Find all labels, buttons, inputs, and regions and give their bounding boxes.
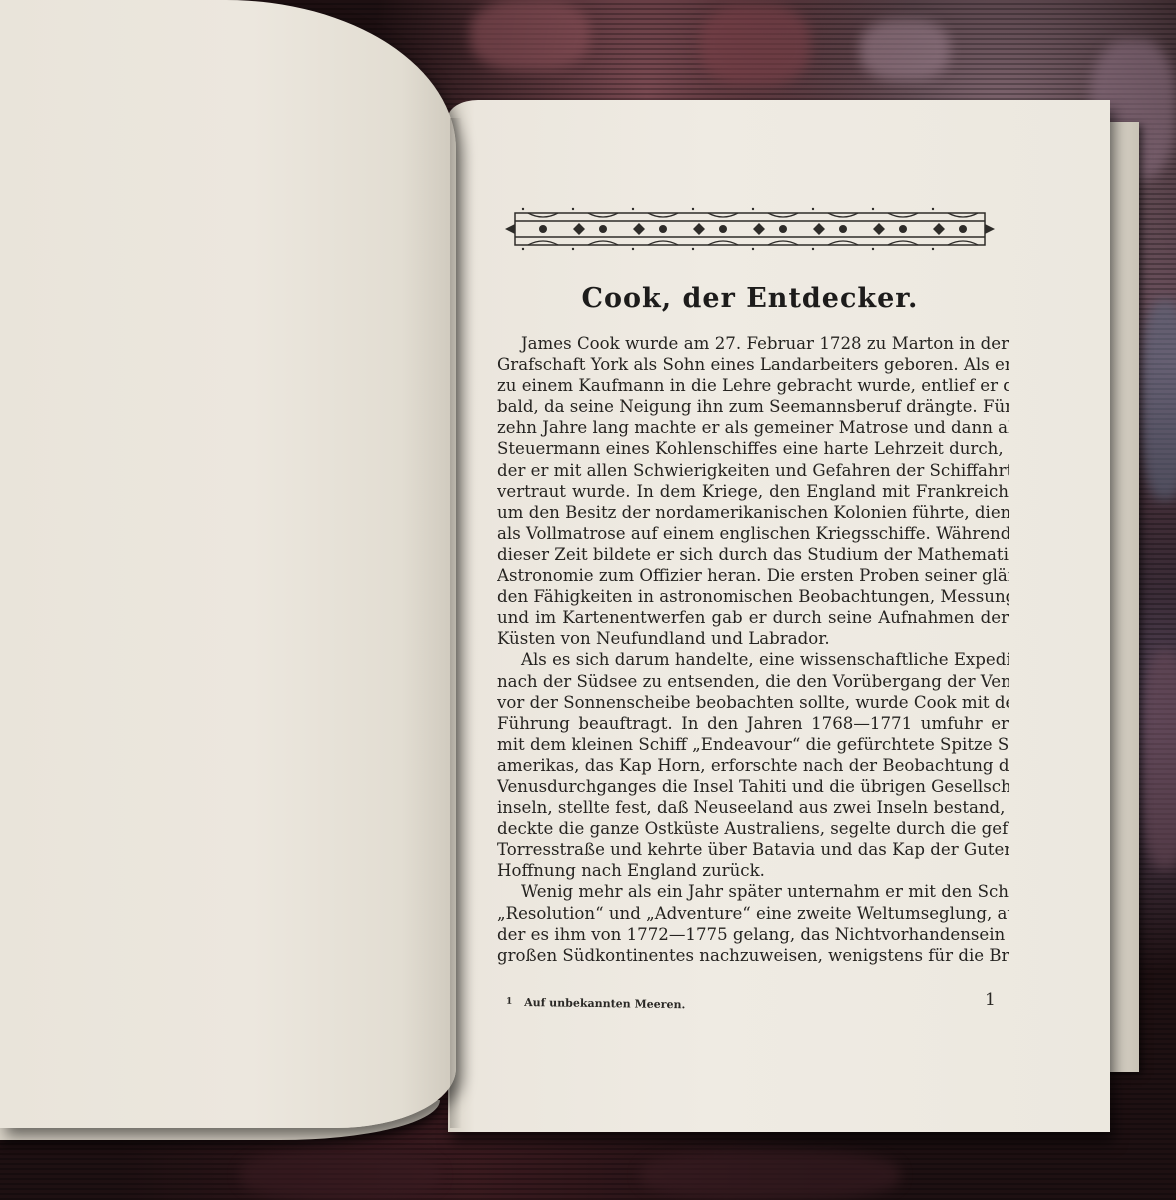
text-line: „Resolution“ und „Adventure“ eine zweite… (497, 903, 1009, 924)
rug-pattern (1140, 300, 1176, 500)
text-line: deckte die ganze Ostküste Australiens, s… (497, 818, 1009, 839)
text-line: der es ihm von 1772—1775 gelang, das Nic… (497, 924, 1009, 945)
text-line: Hoffnung nach England zurück. (497, 860, 1009, 881)
text-line: Astronomie zum Offizier heran. Die erste… (497, 565, 1009, 586)
rug-pattern (470, 0, 590, 70)
rug-pattern (640, 1150, 900, 1200)
left-page (0, 0, 456, 1128)
text-line: Torresstraße und kehrte über Batavia und… (497, 839, 1009, 860)
text-line: amerikas, das Kap Horn, erforschte nach … (497, 755, 1009, 776)
text-line: als Vollmatrose auf einem englischen Kri… (497, 523, 1009, 544)
text-line: James Cook wurde am 27. Februar 1728 zu … (497, 333, 1009, 354)
text-line: den Fähigkeiten in astronomischen Beobac… (497, 586, 1009, 607)
rug-pattern (1140, 650, 1176, 870)
text-line: vor der Sonnenscheibe beobachten sollte,… (497, 692, 1009, 713)
text-line: Venusdurchganges die Insel Tahiti und di… (497, 776, 1009, 797)
text-line: Wenig mehr als ein Jahr später unternahm… (497, 881, 1009, 902)
signature-number: 1 (506, 997, 512, 1007)
signature-text: Auf unbekannten Meeren. (524, 996, 685, 1011)
rug-pattern (860, 20, 950, 80)
book-gutter (450, 118, 462, 1128)
text-line: um den Besitz der nordamerikanischen Kol… (497, 502, 1009, 523)
text-line: bald, da seine Neigung ihn zum Seemannsb… (497, 396, 1009, 417)
signature-mark: 1 Auf unbekannten Meeren. (506, 996, 686, 1012)
text-line: mit dem kleinen Schiff „Endeavour“ die g… (497, 734, 1009, 755)
text-line: zu einem Kaufmann in die Lehre gebracht … (497, 375, 1009, 396)
text-line: Grafschaft York als Sohn eines Landarbei… (497, 354, 1009, 375)
page-number: 1 (985, 990, 996, 1010)
decorative-border-icon (503, 206, 997, 252)
text-line: vertraut wurde. In dem Kriege, den Engla… (497, 481, 1009, 502)
text-line: dieser Zeit bildete er sich durch das St… (497, 544, 1009, 565)
text-line: Führung beauftragt. In den Jahren 1768—1… (497, 713, 1009, 734)
text-line: inseln, stellte fest, daß Neuseeland aus… (497, 797, 1009, 818)
text-line: nach der Südsee zu entsenden, die den Vo… (497, 671, 1009, 692)
text-line: Als es sich darum handelte, eine wissens… (497, 649, 1009, 670)
text-line: großen Südkontinentes nachzuweisen, weni… (497, 945, 1009, 966)
text-line: und im Kartenentwerfen gab er durch sein… (497, 607, 1009, 628)
text-line: Küsten von Neufundland und Labrador. (497, 628, 1009, 649)
body-text: James Cook wurde am 27. Februar 1728 zu … (497, 333, 1009, 966)
chapter-title: Cook, der Entdecker. (500, 283, 1000, 314)
text-line: zehn Jahre lang machte er als gemeiner M… (497, 417, 1009, 438)
text-line: Steuermann eines Kohlenschiffes eine har… (497, 438, 1009, 459)
text-line: der er mit allen Schwierigkeiten und Gef… (497, 460, 1009, 481)
rug-pattern (700, 5, 810, 85)
rug-pattern (240, 1150, 440, 1200)
